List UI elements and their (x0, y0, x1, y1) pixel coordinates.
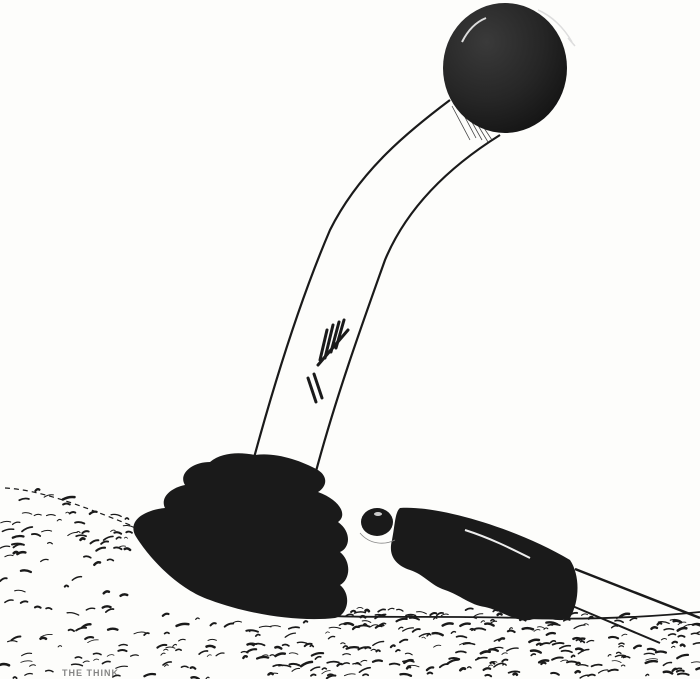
handle-grip (360, 508, 700, 643)
illustration (0, 0, 700, 679)
lever-knob (443, 3, 575, 133)
lever-shaft (252, 100, 500, 475)
caption-fragment: THE THINK (62, 668, 119, 678)
ground-mound (0, 488, 700, 679)
